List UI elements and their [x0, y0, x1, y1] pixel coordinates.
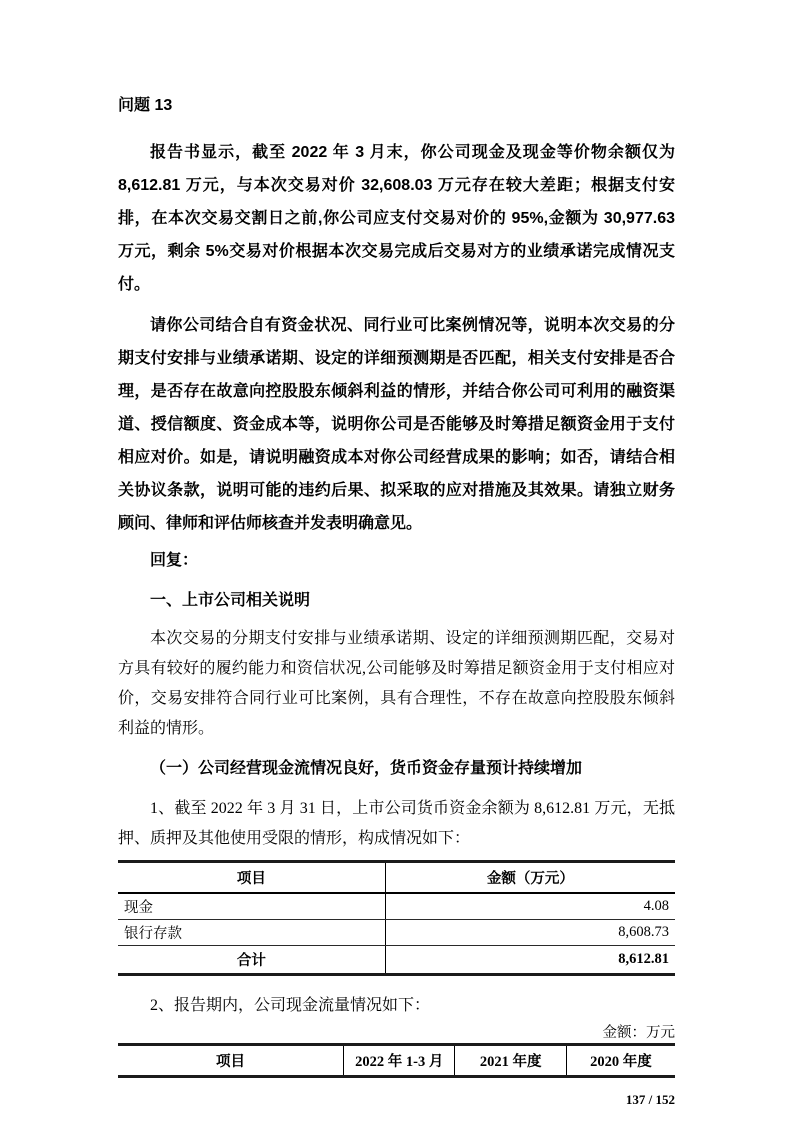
question-paragraph-1: 报告书显示，截至 2022 年 3 月末，你公司现金及现金等价物余额仅为 8,6… — [118, 136, 675, 301]
section-paragraph: 本次交易的分期支付安排与业绩承诺期、设定的详细预测期匹配，交易对方具有较好的履约… — [118, 624, 675, 744]
question-title: 问题 13 — [118, 96, 675, 116]
header-period-2021: 2021 年度 — [455, 1045, 566, 1077]
item1-paragraph: 1、截至 2022 年 3 月 31 日，上市公司货币资金余额为 8,612.8… — [118, 794, 675, 854]
header-amount: 金额（万元） — [385, 862, 675, 894]
row-label: 现金 — [118, 893, 385, 920]
row-value: 4.08 — [385, 893, 675, 920]
question-paragraph-2: 请你公司结合自有资金状况、同行业可比案例情况等，说明本次交易的分期支付安排与业绩… — [118, 309, 675, 540]
subsection-heading: （一）公司经营现金流情况良好，货币资金存量预计持续增加 — [118, 758, 675, 780]
monetary-funds-table: 项目 金额（万元） 现金 4.08 银行存款 8,608.73 合计 8,612… — [118, 860, 675, 976]
item2-paragraph: 2、报告期内，公司现金流量情况如下： — [118, 991, 675, 1021]
header-period-2020: 2020 年度 — [566, 1045, 675, 1077]
table-header-row: 项目 金额（万元） — [118, 862, 675, 894]
page-number: 137 / 152 — [118, 1092, 675, 1108]
reply-label: 回复： — [118, 550, 675, 572]
table-header-row: 项目 2022 年 1-3 月 2021 年度 2020 年度 — [118, 1045, 675, 1077]
header-item: 项目 — [118, 1045, 344, 1077]
document-page: 问题 13 报告书显示，截至 2022 年 3 月末，你公司现金及现金等价物余额… — [0, 0, 793, 1122]
row-value: 8,608.73 — [385, 920, 675, 946]
table-row: 现金 4.08 — [118, 893, 675, 920]
cashflow-table: 项目 2022 年 1-3 月 2021 年度 2020 年度 — [118, 1043, 675, 1078]
section-heading: 一、上市公司相关说明 — [118, 590, 675, 612]
table-row: 银行存款 8,608.73 — [118, 920, 675, 946]
header-item: 项目 — [118, 862, 385, 894]
total-label: 合计 — [118, 946, 385, 975]
header-period-2022: 2022 年 1-3 月 — [344, 1045, 455, 1077]
total-value: 8,612.81 — [385, 946, 675, 975]
table-total-row: 合计 8,612.81 — [118, 946, 675, 975]
row-label: 银行存款 — [118, 920, 385, 946]
unit-note: 金额：万元 — [118, 1023, 675, 1043]
